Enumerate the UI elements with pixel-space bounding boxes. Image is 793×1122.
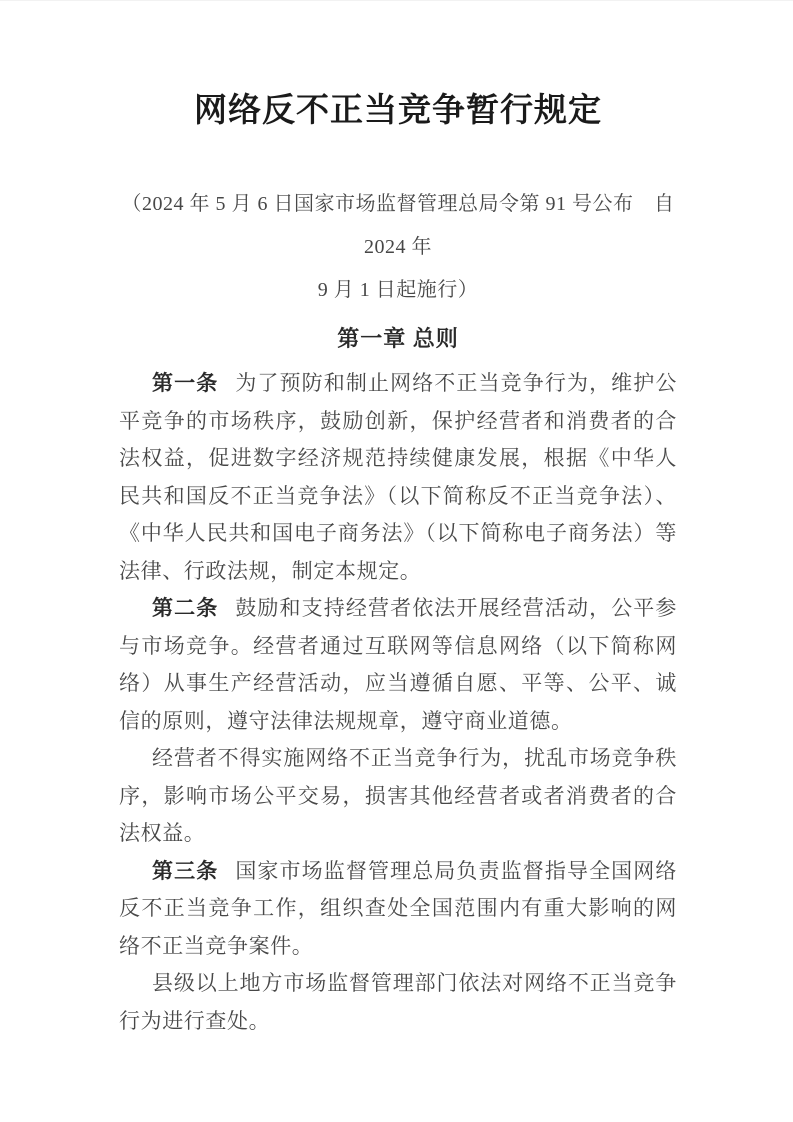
article-1-number: 第一条	[152, 371, 218, 395]
promulgation-line-2: 9 月 1 日起施行）	[119, 269, 677, 312]
document-page: 网络反不正当竞争暂行规定 （2024 年 5 月 6 日国家市场监督管理总局令第…	[0, 0, 793, 1122]
chapter-heading: 第一章 总则	[119, 324, 677, 354]
article-2-paragraph-2-text: 经营者不得实施网络不正当竞争行为，扰乱市场竞争秩序，影响市场公平交易，损害其他经…	[119, 746, 677, 845]
document-body: 第一条为了预防和制止网络不正当竞争行为，维护公平竞争的市场秩序，鼓励创新，保护经…	[119, 365, 677, 1040]
article-1-text: 为了预防和制止网络不正当竞争行为，维护公平竞争的市场秩序，鼓励创新，保护经营者和…	[119, 371, 677, 583]
document-title: 网络反不正当竞争暂行规定	[119, 91, 677, 131]
promulgation-line-1: （2024 年 5 月 6 日国家市场监督管理总局令第 91 号公布 自 202…	[119, 183, 677, 269]
article-3-paragraph-2-text: 县级以上地方市场监督管理部门依法对网络不正当竞争行为进行查处。	[119, 971, 677, 1033]
article-3-paragraph-2: 县级以上地方市场监督管理部门依法对网络不正当竞争行为进行查处。	[119, 965, 677, 1040]
article-3-paragraph: 第三条国家市场监督管理总局负责监督指导全国网络反不正当竞争工作，组织查处全国范围…	[119, 853, 677, 966]
promulgation-note: （2024 年 5 月 6 日国家市场监督管理总局令第 91 号公布 自 202…	[119, 183, 677, 312]
article-1-paragraph: 第一条为了预防和制止网络不正当竞争行为，维护公平竞争的市场秩序，鼓励创新，保护经…	[119, 365, 677, 590]
article-2-number: 第二条	[152, 596, 218, 620]
article-2-paragraph: 第二条鼓励和支持经营者依法开展经营活动，公平参与市场竞争。经营者通过互联网等信息…	[119, 590, 677, 740]
article-2-paragraph-2: 经营者不得实施网络不正当竞争行为，扰乱市场竞争秩序，影响市场公平交易，损害其他经…	[119, 740, 677, 853]
article-3-number: 第三条	[152, 859, 218, 883]
